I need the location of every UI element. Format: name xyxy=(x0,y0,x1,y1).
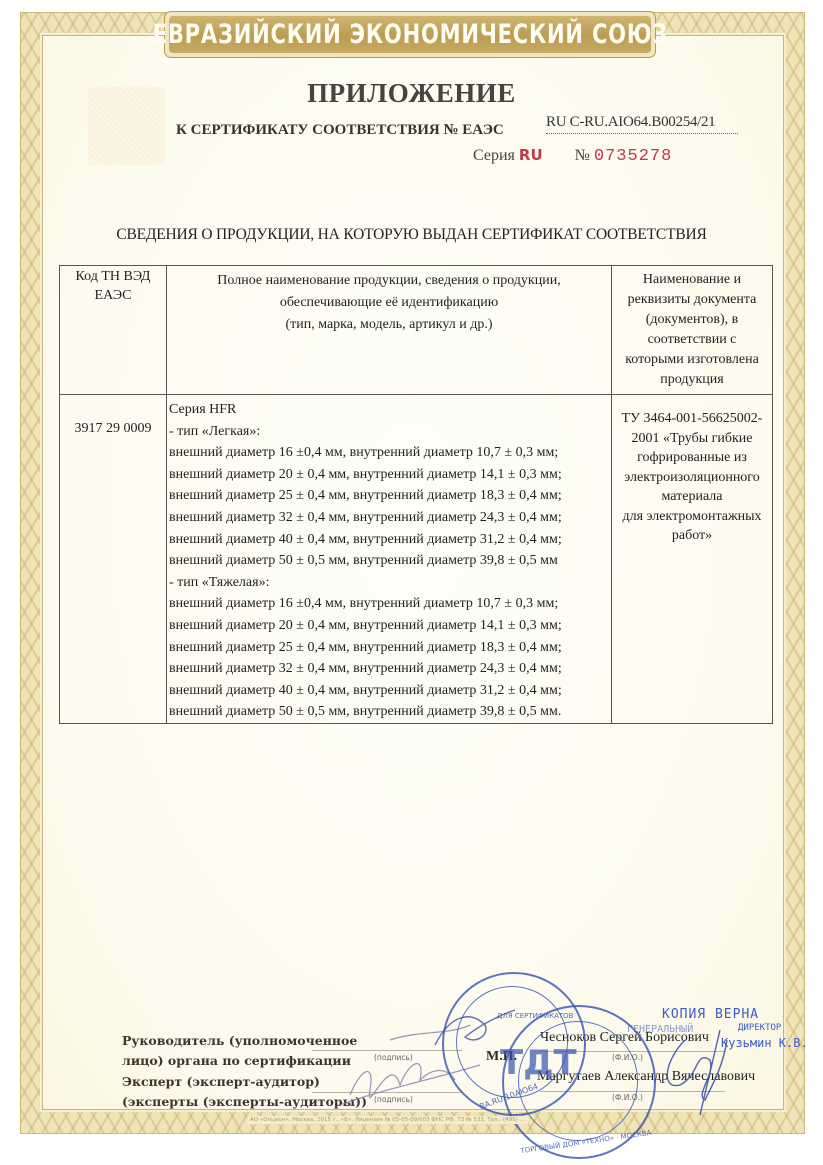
series-label: Серия xyxy=(473,147,515,164)
description-line: внешний диаметр 25 ± 0,4 мм, внутренний … xyxy=(169,637,609,659)
printer-imprint: АО «Опцион», Москва, 2015 г., «Б». Лицен… xyxy=(247,1116,528,1124)
header-document: Наименование и реквизиты документа (доку… xyxy=(612,266,773,395)
header-code: Код ТН ВЭД ЕАЭС xyxy=(60,266,167,395)
description-line: внешний диаметр 16 ±0,4 мм, внутренний д… xyxy=(169,442,609,464)
form-number: 0735278 xyxy=(594,147,672,166)
description-line: внешний диаметр 25 ± 0,4 мм, внутренний … xyxy=(169,485,609,507)
products-table: Код ТН ВЭД ЕАЭС Полное наименование прод… xyxy=(59,265,773,724)
document-cell: ТУ 3464-001-56625002-2001 «Трубы гибкиег… xyxy=(612,395,773,724)
copy-stamp-position: ГЕНЕРАЛЬНЫЙ xyxy=(627,1024,693,1035)
head-label: Руководитель (уполномоченное лицо) орган… xyxy=(122,1031,357,1071)
table-row: 3917 29 0009 Серия HFR- тип «Легкая»:вне… xyxy=(60,395,773,724)
document-line: ТУ 3464-001-56625002- xyxy=(613,409,771,429)
description-line: внешний диаметр 32 ± 0,4 мм, внутренний … xyxy=(169,507,609,529)
description-line: внешний диаметр 50 ± 0,5 мм, внутренний … xyxy=(169,550,609,572)
document-line: работ» xyxy=(613,526,771,546)
description-line: внешний диаметр 50 ± 0,5 мм, внутренний … xyxy=(169,701,609,723)
description-line: внешний диаметр 20 ± 0,4 мм, внутренний … xyxy=(169,464,609,486)
description-line: внешний диаметр 32 ± 0,4 мм, внутренний … xyxy=(169,658,609,680)
series-value: RU xyxy=(519,146,543,164)
document-line: для электромонтажных xyxy=(613,507,771,527)
description-line: Серия HFR xyxy=(169,399,609,421)
document-line: гофрированные из xyxy=(613,448,771,468)
series-line: Серия RU № 0735278 xyxy=(473,146,672,166)
description-cell: Серия HFR- тип «Легкая»:внешний диаметр … xyxy=(167,395,612,724)
document-line: электроизоляционного xyxy=(613,468,771,488)
description-line: внешний диаметр 40 ± 0,4 мм, внутренний … xyxy=(169,529,609,551)
copy-stamp-title: КОПИЯ ВЕРНА xyxy=(662,1007,759,1022)
number-label: № xyxy=(575,147,590,164)
description-line: внешний диаметр 40 ± 0,4 мм, внутренний … xyxy=(169,680,609,702)
description-line: внешний диаметр 16 ±0,4 мм, внутренний д… xyxy=(169,593,609,615)
description-line: - тип «Тяжелая»: xyxy=(169,572,609,594)
document-line: 2001 «Трубы гибкие xyxy=(613,429,771,449)
seal-logo: ТДТ xyxy=(500,1043,577,1083)
director-signature-scribble xyxy=(655,1020,730,1120)
description-line: внешний диаметр 20 ± 0,4 мм, внутренний … xyxy=(169,615,609,637)
copy-stamp-name: Кузьмин К.В. xyxy=(721,1036,808,1050)
section-heading: СВЕДЕНИЯ О ПРОДУКЦИИ, НА КОТОРУЮ ВЫДАН С… xyxy=(0,226,823,244)
table-header-row: Код ТН ВЭД ЕАЭС Полное наименование прод… xyxy=(60,266,773,395)
description-line: - тип «Легкая»: xyxy=(169,421,609,443)
union-banner: ЕВРАЗИЙСКИЙ ЭКОНОМИЧЕСКИЙ СОЮЗ xyxy=(165,12,655,57)
certificate-subtitle: К СЕРТИФИКАТУ СООТВЕТСТВИЯ № ЕАЭС xyxy=(176,122,504,139)
header-description: Полное наименование продукции, сведения … xyxy=(167,266,612,395)
hs-code-cell: 3917 29 0009 xyxy=(60,395,167,724)
page-title: ПРИЛОЖЕНИЕ xyxy=(0,78,823,109)
certificate-number: RU C-RU.AIO64.B00254/21 xyxy=(546,114,738,134)
banner-title: ЕВРАЗИЙСКИЙ ЭКОНОМИЧЕСКИЙ СОЮЗ xyxy=(152,19,667,50)
copy-stamp-director: ДИРЕКТОР xyxy=(738,1023,781,1033)
document-line: материала xyxy=(613,487,771,507)
